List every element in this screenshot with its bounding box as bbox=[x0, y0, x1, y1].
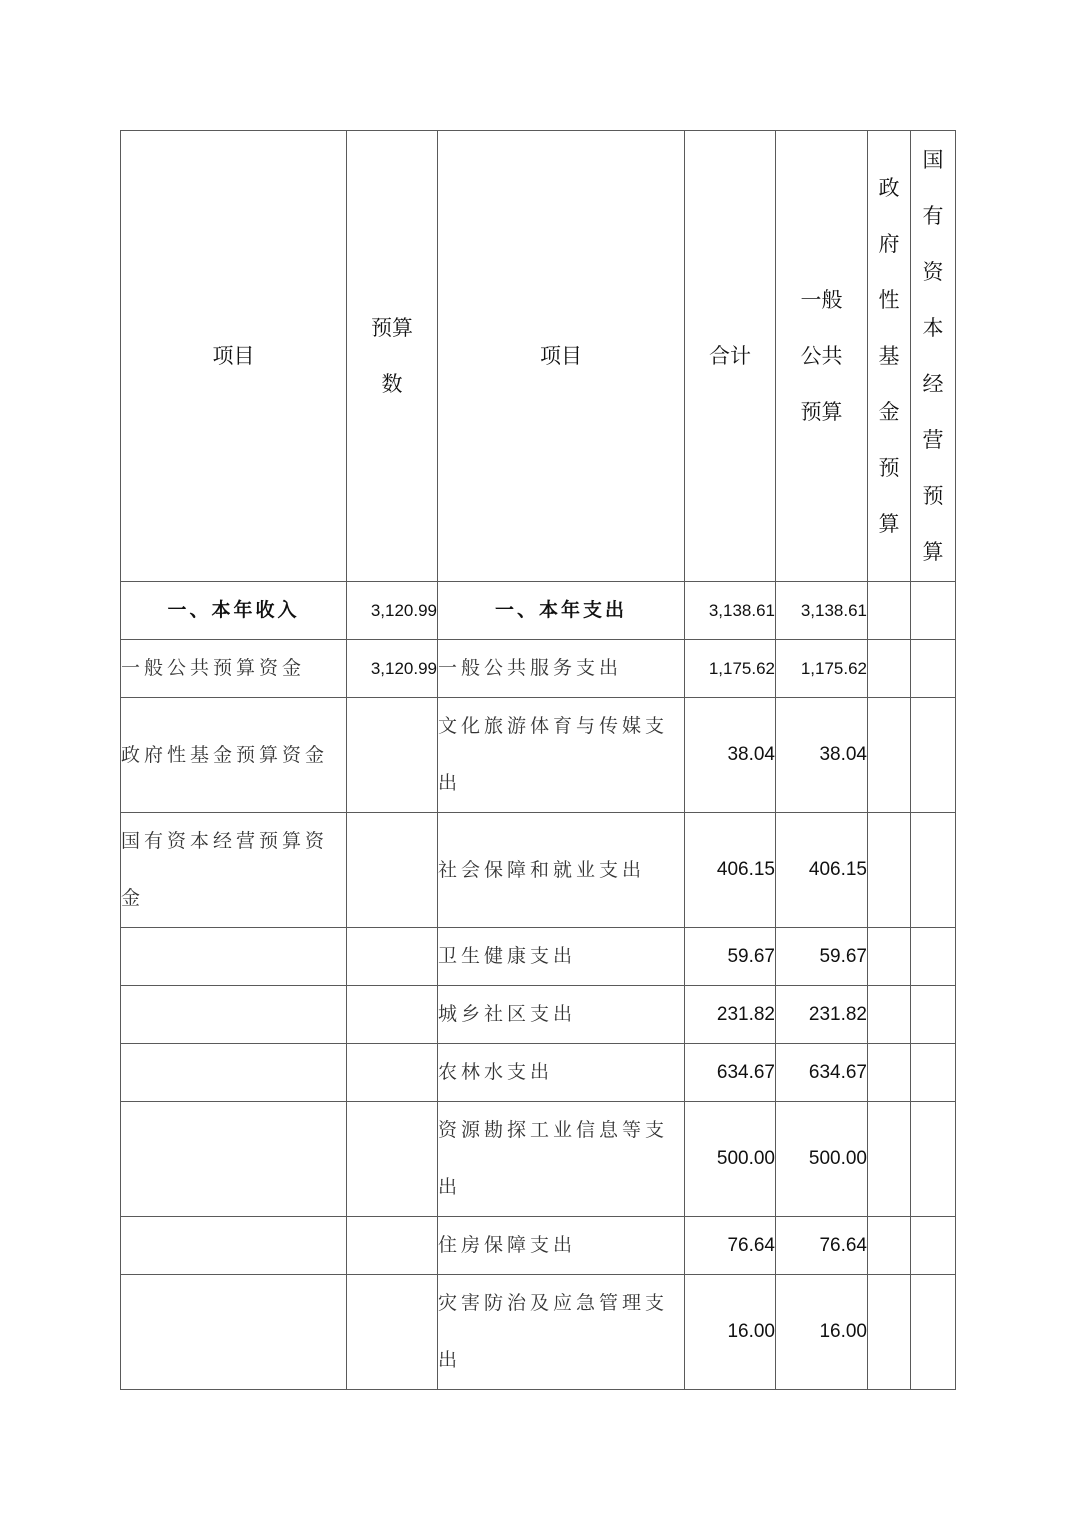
header-income-item: 项目 bbox=[121, 131, 347, 582]
table-row: 农林水支出 634.67 634.67 bbox=[121, 1044, 956, 1102]
total: 231.82 bbox=[685, 986, 776, 1044]
budget-amount bbox=[347, 928, 438, 986]
expense-item: 一、本年支出 bbox=[438, 582, 685, 640]
income-item: 国有资本经营预算资金 bbox=[121, 813, 347, 928]
budget-amount: 3,120.99 bbox=[347, 582, 438, 640]
table-row: 卫生健康支出 59.67 59.67 bbox=[121, 928, 956, 986]
budget-amount bbox=[347, 698, 438, 813]
budget-amount bbox=[347, 1044, 438, 1102]
general-public-budget: 76.64 bbox=[776, 1217, 868, 1275]
table-row: 政府性基金预算资金 文化旅游体育与传媒支出 38.04 38.04 bbox=[121, 698, 956, 813]
total: 634.67 bbox=[685, 1044, 776, 1102]
income-item: 一般公共预算资金 bbox=[121, 640, 347, 698]
table-row: 一般公共预算资金 3,120.99 一般公共服务支出 1,175.62 1,17… bbox=[121, 640, 956, 698]
general-public-budget: 231.82 bbox=[776, 986, 868, 1044]
state-capital-budget bbox=[911, 813, 956, 928]
general-public-budget: 16.00 bbox=[776, 1275, 868, 1390]
general-public-budget: 500.00 bbox=[776, 1102, 868, 1217]
table-row: 灾害防治及应急管理支出 16.00 16.00 bbox=[121, 1275, 956, 1390]
state-capital-budget bbox=[911, 1102, 956, 1217]
state-capital-budget bbox=[911, 698, 956, 813]
gov-fund-budget bbox=[868, 640, 911, 698]
gov-fund-budget bbox=[868, 1044, 911, 1102]
budget-amount bbox=[347, 813, 438, 928]
gov-fund-budget bbox=[868, 813, 911, 928]
income-item bbox=[121, 1217, 347, 1275]
total: 3,138.61 bbox=[685, 582, 776, 640]
total: 59.67 bbox=[685, 928, 776, 986]
expense-item: 住房保障支出 bbox=[438, 1217, 685, 1275]
budget-amount bbox=[347, 1217, 438, 1275]
budget-amount bbox=[347, 1102, 438, 1217]
table-row: 住房保障支出 76.64 76.64 bbox=[121, 1217, 956, 1275]
gov-fund-budget bbox=[868, 986, 911, 1044]
total: 500.00 bbox=[685, 1102, 776, 1217]
header-state-capital-budget: 国 有 资 本 经 营 预 算 bbox=[911, 131, 956, 582]
expense-item: 社会保障和就业支出 bbox=[438, 813, 685, 928]
income-item bbox=[121, 1102, 347, 1217]
table-row: 城乡社区支出 231.82 231.82 bbox=[121, 986, 956, 1044]
general-public-budget: 38.04 bbox=[776, 698, 868, 813]
general-public-budget: 59.67 bbox=[776, 928, 868, 986]
budget-amount bbox=[347, 1275, 438, 1390]
total: 16.00 bbox=[685, 1275, 776, 1390]
gov-fund-budget bbox=[868, 928, 911, 986]
total: 76.64 bbox=[685, 1217, 776, 1275]
gov-fund-budget bbox=[868, 1102, 911, 1217]
expense-item: 城乡社区支出 bbox=[438, 986, 685, 1044]
state-capital-budget bbox=[911, 1275, 956, 1390]
expense-item: 卫生健康支出 bbox=[438, 928, 685, 986]
table-row: 一、本年收入 3,120.99 一、本年支出 3,138.61 3,138.61 bbox=[121, 582, 956, 640]
header-total: 合计 bbox=[685, 131, 776, 582]
income-item bbox=[121, 928, 347, 986]
expense-item: 一般公共服务支出 bbox=[438, 640, 685, 698]
expense-item: 农林水支出 bbox=[438, 1044, 685, 1102]
gov-fund-budget bbox=[868, 1217, 911, 1275]
total: 406.15 bbox=[685, 813, 776, 928]
total: 1,175.62 bbox=[685, 640, 776, 698]
expense-item: 灾害防治及应急管理支出 bbox=[438, 1275, 685, 1390]
header-general-public-budget: 一般 公共 预算 bbox=[776, 131, 868, 582]
income-item bbox=[121, 1044, 347, 1102]
expense-item: 文化旅游体育与传媒支出 bbox=[438, 698, 685, 813]
budget-amount bbox=[347, 986, 438, 1044]
general-public-budget: 3,138.61 bbox=[776, 582, 868, 640]
state-capital-budget bbox=[911, 928, 956, 986]
budget-table: 项目 预算 数 项目 合计 一般 公共 预算 政 府 性 基 金 预 算 bbox=[120, 130, 956, 1390]
header-gov-fund-budget: 政 府 性 基 金 预 算 bbox=[868, 131, 911, 582]
header-expense-item: 项目 bbox=[438, 131, 685, 582]
state-capital-budget bbox=[911, 986, 956, 1044]
total: 38.04 bbox=[685, 698, 776, 813]
table-row: 国有资本经营预算资金 社会保障和就业支出 406.15 406.15 bbox=[121, 813, 956, 928]
gov-fund-budget bbox=[868, 698, 911, 813]
gov-fund-budget bbox=[868, 1275, 911, 1390]
general-public-budget: 634.67 bbox=[776, 1044, 868, 1102]
state-capital-budget bbox=[911, 1044, 956, 1102]
general-public-budget: 1,175.62 bbox=[776, 640, 868, 698]
header-row: 项目 预算 数 项目 合计 一般 公共 预算 政 府 性 基 金 预 算 bbox=[121, 131, 956, 582]
gov-fund-budget bbox=[868, 582, 911, 640]
state-capital-budget bbox=[911, 582, 956, 640]
general-public-budget: 406.15 bbox=[776, 813, 868, 928]
header-budget-amount: 预算 数 bbox=[347, 131, 438, 582]
income-item: 政府性基金预算资金 bbox=[121, 698, 347, 813]
state-capital-budget bbox=[911, 1217, 956, 1275]
budget-amount: 3,120.99 bbox=[347, 640, 438, 698]
state-capital-budget bbox=[911, 640, 956, 698]
income-item: 一、本年收入 bbox=[121, 582, 347, 640]
expense-item: 资源勘探工业信息等支出 bbox=[438, 1102, 685, 1217]
table-row: 资源勘探工业信息等支出 500.00 500.00 bbox=[121, 1102, 956, 1217]
income-item bbox=[121, 986, 347, 1044]
income-item bbox=[121, 1275, 347, 1390]
